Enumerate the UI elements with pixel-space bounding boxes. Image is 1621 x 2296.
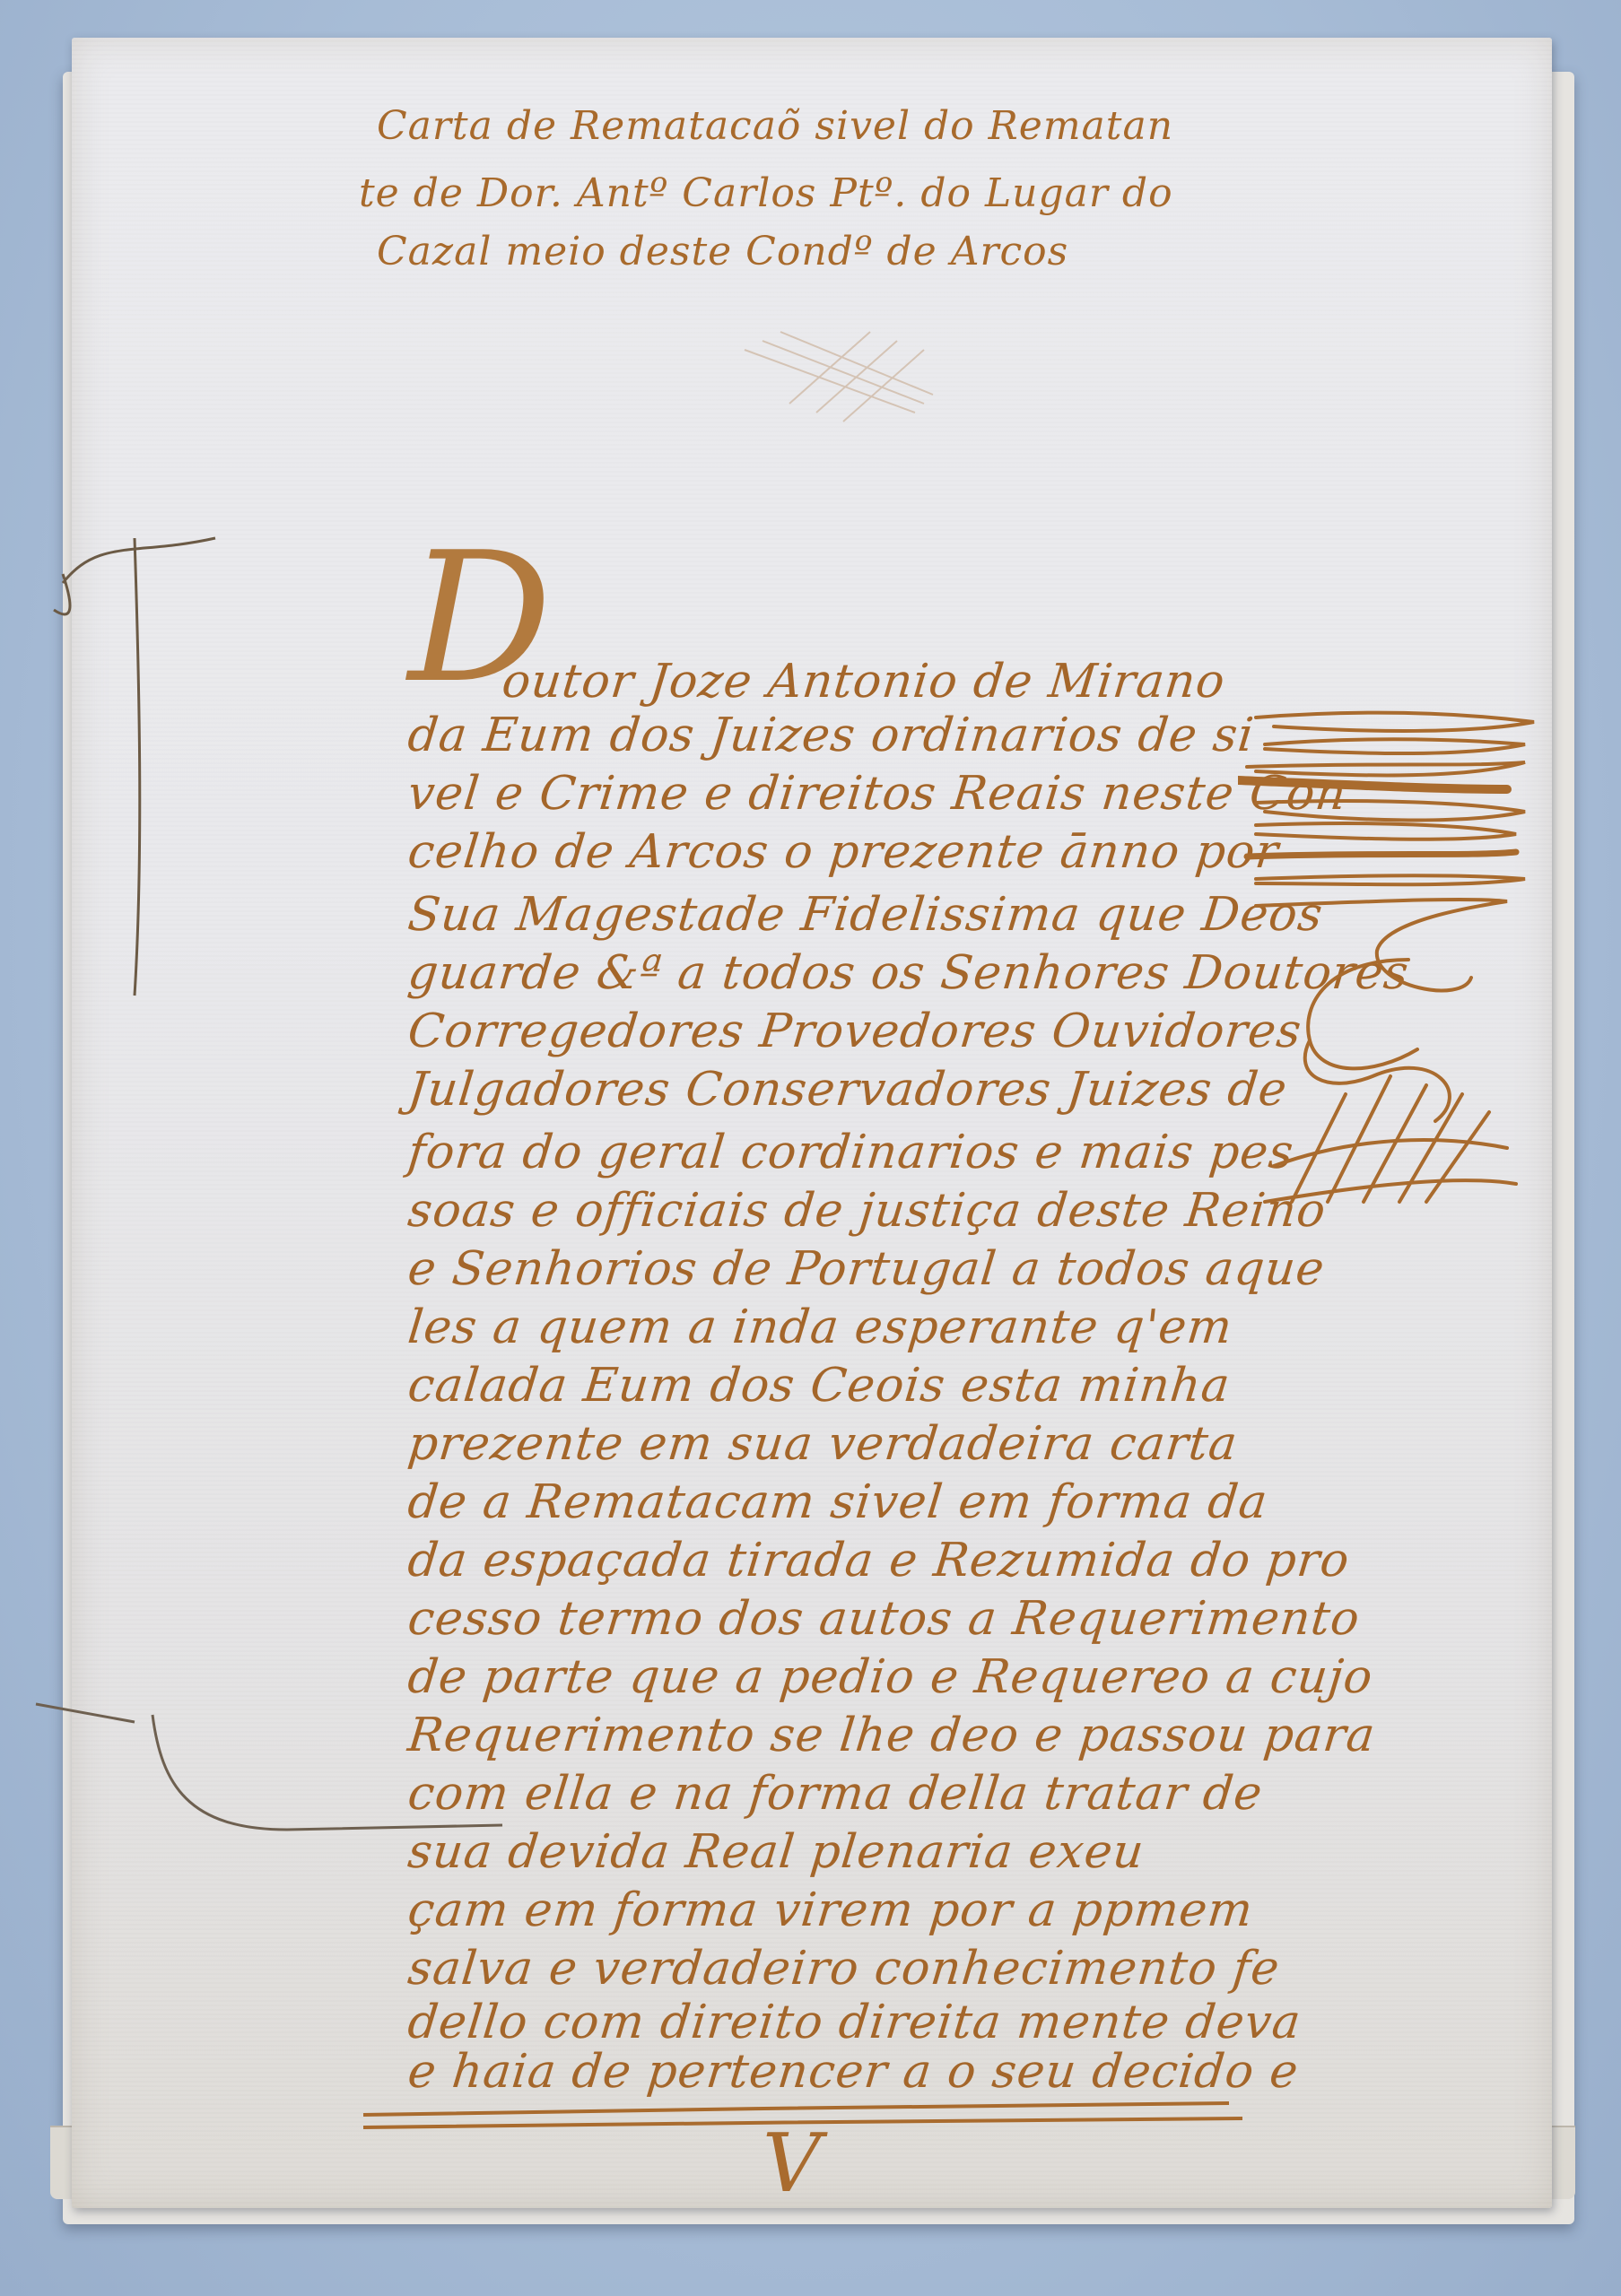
header-line-3: Cazal meio deste Condº de Arcos (377, 229, 1068, 274)
header-line-1: Carta de Rematacaõ sivel do Rematan (377, 103, 1173, 149)
margin-flourish-icon (1238, 700, 1543, 1543)
body-line-20: com ella e na forma della tratar de (405, 1767, 1266, 1821)
body-line-4: celho de Arcos o prezente ānno por (405, 825, 1282, 879)
body-line-16: da espaçada tirada e Rezumida do pro (405, 1534, 1352, 1587)
header-line-2: te de Dor. Antº Carlos Ptº. do Lugar do (359, 170, 1173, 216)
body-line-11: e Senhorios de Portugal a todos aque (405, 1242, 1328, 1296)
body-line-23: salva e verdadeiro conhecimento fe (405, 1942, 1283, 1996)
body-line-9: fora do geral cordinarios e mais pes (405, 1126, 1296, 1179)
body-line-10: soas e officiais de justiça deste Reino (405, 1184, 1329, 1238)
body-line-19: Requerimento se lhe deo e passou para (405, 1709, 1378, 1762)
body-line-12: les a quem a inda esperante q'em (405, 1300, 1235, 1354)
body-line-5: Sua Magestade Fidelissima que Deos (405, 888, 1326, 942)
body-line-24: dello com direito direita mente deva (405, 1996, 1303, 2049)
body-line-3: vel e Crime e direitos Reais neste Con (405, 767, 1349, 821)
body-line-14: prezente em sua verdadeira carta (405, 1417, 1241, 1471)
body-line-2: da Eum dos Juizes ordinarios de si (405, 709, 1257, 762)
body-line-25: e haia de pertencer a o seu decido e (405, 2045, 1302, 2099)
signature-mark: V (763, 2117, 821, 2211)
crosshatch-doodle-icon (736, 314, 942, 430)
body-line-18: de parte que a pedio e Requereo a cujo (405, 1650, 1375, 1704)
body-line-13: calada Eum dos Ceois esta minha (405, 1359, 1233, 1413)
body-line-8: Julgadores Conservadores Juizes de (405, 1063, 1290, 1117)
body-line-1: outor Joze Antonio de Mirano (500, 655, 1228, 709)
body-line-17: cesso termo dos autos a Requerimento (405, 1592, 1363, 1646)
body-line-7: Corregedores Provedores Ouvidores (405, 1004, 1304, 1058)
body-line-22: çam em forma virem por a ppmem (405, 1883, 1256, 1937)
body-line-21: sua devida Real plenaria exeu (405, 1825, 1147, 1879)
body-line-15: de a Rematacam sivel em forma da (405, 1475, 1270, 1529)
